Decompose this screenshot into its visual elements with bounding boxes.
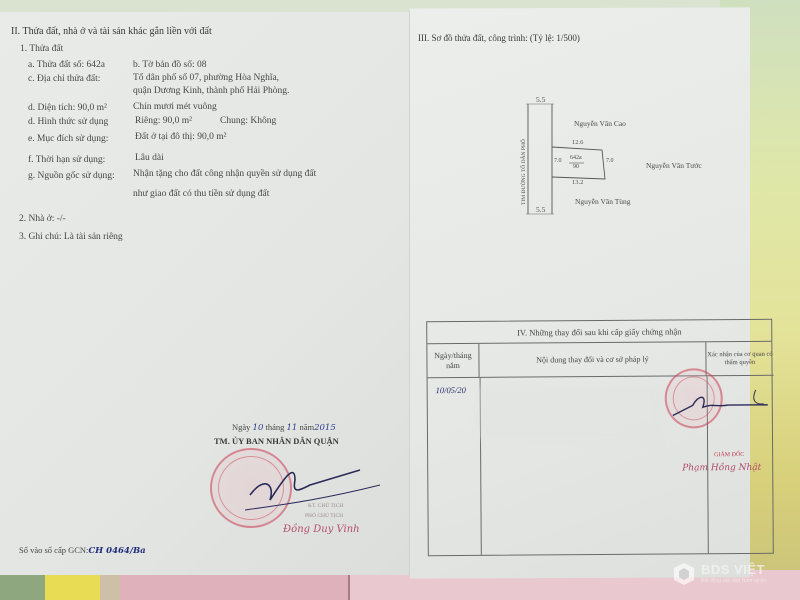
- gcn-value: CH 0464/Ba: [88, 546, 145, 556]
- section-ii-title: II. Thửa đất, nhà ở và tài sản khác gắn …: [11, 26, 212, 37]
- month-prefix: tháng: [266, 422, 285, 432]
- confirm-signer-name: Phạm Hồng Nhật: [682, 463, 761, 474]
- signer-role-1: KT. CHỦ TỊCH: [308, 503, 343, 509]
- road-label: TIM ĐƯỜNG TỔ DÂN PHỐ: [521, 139, 527, 205]
- field-purpose-label: e. Mục đích sử dụng:: [28, 134, 108, 144]
- field-usage-shared: Chung: Không: [220, 116, 276, 126]
- year-prefix: năm: [299, 422, 314, 432]
- field-purpose-value: Đất ở tại đô thị: 90,0 m²: [135, 132, 227, 142]
- field-address-line2: quận Dương Kinh, thành phố Hải Phòng.: [133, 86, 289, 96]
- section-iii-title: III. Sơ đồ thửa đất, công trình: (Tỷ lệ:…: [418, 33, 580, 43]
- brand-name: BDS VIỆT: [701, 562, 765, 577]
- field-term-label: f. Thời hạn sử dụng:: [28, 155, 105, 165]
- edge-bottom-length: 13.2: [572, 179, 583, 186]
- lot-number: 642a: [570, 155, 582, 161]
- field-term-value: Lâu dài: [135, 153, 164, 163]
- field-origin-line2: như giao đất có thu tiền sử dụng đất: [133, 189, 269, 199]
- neighbor-north: Nguyễn Văn Cao: [574, 119, 626, 128]
- field-address-label: c. Địa chỉ thửa đất:: [28, 74, 100, 84]
- parcel-diagram: 5.5 5.5 TIM ĐƯỜNG TỔ DÂN PHỐ 12.6 13.2 7…: [500, 90, 720, 220]
- date-prefix: Ngày: [232, 422, 250, 432]
- confirm-signer-title: GIÁM ĐỐC: [714, 452, 744, 458]
- redacted-area: [480, 385, 660, 440]
- field-area-label: d. Diện tích: 90,0 m²: [28, 103, 107, 113]
- col-header-confirmation: Xác nhận của cơ quan có thẩm quyền: [706, 342, 773, 376]
- signature-scribble-icon: [668, 385, 773, 426]
- issue-day: 10: [253, 423, 264, 433]
- col-header-content: Nội dung thay đổi và cơ sở pháp lý: [479, 342, 706, 378]
- item-3-note: 3. Ghi chú: Là tài sản riêng: [19, 232, 123, 242]
- field-usage-form-label: d. Hình thức sử dụng: [28, 117, 108, 127]
- field-origin-label: g. Nguồn gốc sử dụng:: [28, 171, 115, 181]
- edge-right-length: 7.0: [606, 158, 614, 164]
- field-area-words: Chín mươi mét vuông: [133, 102, 217, 112]
- neighbor-south: Nguyễn Văn Tùng: [575, 197, 631, 206]
- change-entry-date: 10/05/20: [436, 385, 466, 395]
- col-header-date: Ngày/tháng năm: [427, 344, 479, 378]
- brand-tagline: Bất động sản Việt Nam uy tín: [701, 578, 766, 584]
- item-2-house: 2. Nhà ở: -/-: [19, 214, 66, 224]
- field-map-sheet: b. Tờ bản đồ số: 08: [133, 60, 206, 70]
- road-width-top: 5.5: [536, 95, 545, 104]
- gcn-label: Số vào sổ cấp GCN:: [19, 545, 88, 555]
- road-width-bottom: 5.5: [536, 205, 545, 214]
- issue-month: 11: [287, 423, 298, 433]
- item-1-title: 1. Thửa đất: [20, 44, 63, 54]
- signer-name: Đồng Duy Vinh: [283, 524, 360, 535]
- gcn-registry-number: Số vào sổ cấp GCN:CH 0464/Ba: [19, 545, 146, 556]
- issue-year: 2015: [314, 423, 336, 433]
- changes-table-title: IV. Những thay đổi sau khi cấp giấy chứn…: [427, 320, 771, 344]
- edge-left-length: 7.0: [554, 158, 562, 164]
- watermark: BDS VIỆT Bất động sản Việt Nam uy tín: [672, 560, 792, 590]
- field-parcel-number: a. Thửa đất số: 642a: [28, 60, 105, 70]
- field-usage-private: Riêng: 90,0 m²: [135, 116, 192, 126]
- field-origin-line1: Nhận tặng cho đất công nhận quyền sử dụn…: [133, 169, 316, 179]
- issue-date: Ngày 10 tháng 11 năm2015: [232, 422, 336, 433]
- neighbor-east: Nguyễn Văn Tước: [646, 161, 702, 170]
- signer-role-2: PHÓ CHỦ TỊCH: [305, 513, 343, 519]
- brand-logo-icon: [672, 562, 696, 586]
- issuing-authority: TM. ỦY BAN NHÂN DÂN QUẬN: [214, 436, 339, 446]
- edge-top-length: 12.6: [572, 139, 583, 146]
- lot-area: 90: [573, 164, 579, 170]
- field-address-line1: Tổ dân phố số 07, phường Hòa Nghĩa,: [133, 73, 279, 83]
